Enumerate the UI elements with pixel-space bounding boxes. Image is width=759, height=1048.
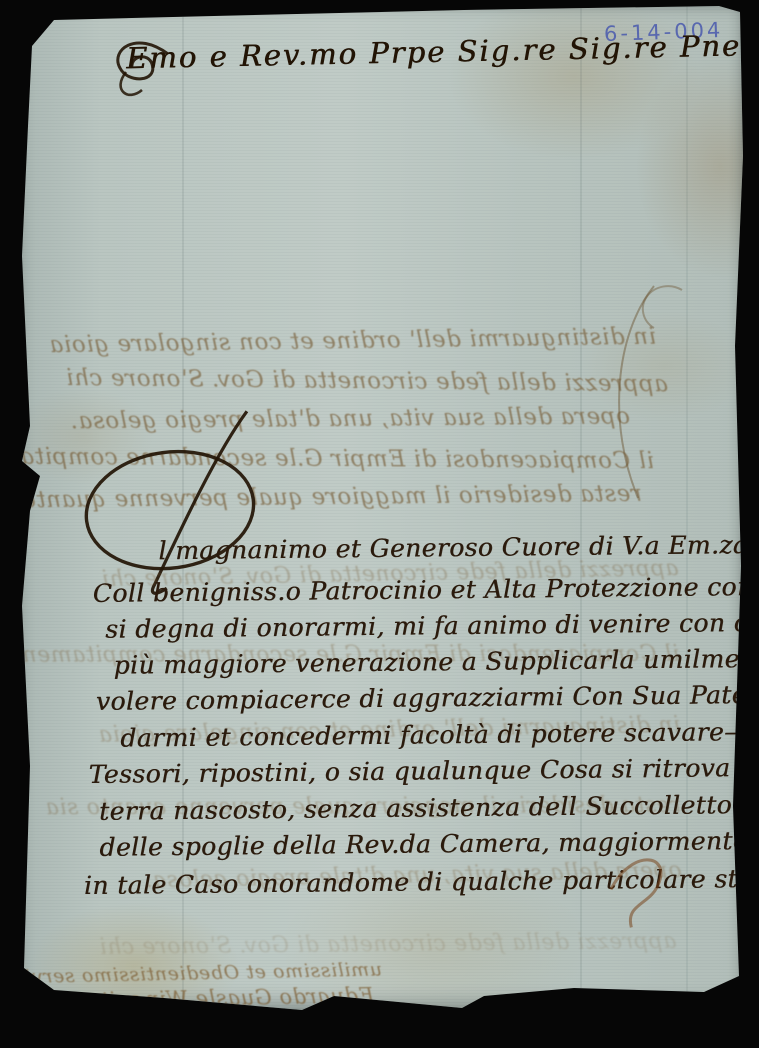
letter-line: volere compiacerce di aggrazziarmi Con S… — [96, 680, 759, 716]
letter-line: Tessori, ripostini, o sia qualunque Cosa… — [89, 753, 759, 789]
letter-body: apprezzi della fede circonetta di Gov. S… — [7, 2, 748, 1018]
letter-line: darmi et concedermi facoltà di potere sc… — [120, 717, 749, 753]
letter-line: si degna di onorarmi, mi fa animo di ven… — [105, 608, 759, 644]
ink-swirl-icon — [600, 843, 681, 944]
photograph-background: 6-14-004 Emo e Rev.mo Prpe Sig.re Sig.re… — [0, 0, 759, 1048]
letter-line: più maggiore venerazione a Supplicarla u… — [113, 644, 759, 680]
letter-line: terra nascosto, senza assistenza dell Su… — [99, 790, 759, 826]
bleedthrough-ghost-line: apprezzi della fede circonetta di Gov. S… — [56, 929, 676, 960]
manuscript-page: 6-14-004 Emo e Rev.mo Prpe Sig.re Sig.re… — [14, 6, 744, 1014]
bleedthrough-signature-line: Eduardo Guasle Winguit — [74, 983, 374, 1012]
